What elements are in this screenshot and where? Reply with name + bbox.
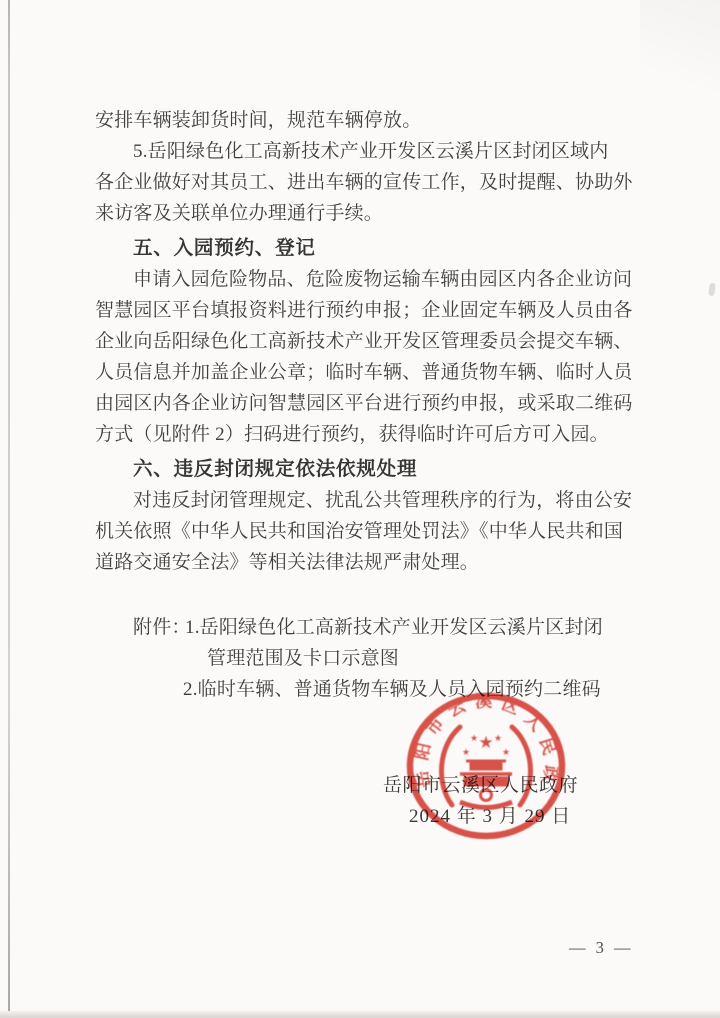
emblem-ribbon-icon	[460, 802, 512, 808]
body-line: 由园区内各企业访问智慧园区平台进行预约申报，或采取二维码	[95, 388, 640, 419]
body-line: 方式（见附件 2）扫码进行预约，获得临时许可后方可入园。	[95, 419, 640, 450]
scan-bottom-shadow	[0, 1011, 720, 1018]
emblem-small-star-icon: ★	[462, 748, 470, 758]
scan-corner-shade	[640, 0, 720, 140]
emblem-gear-icon	[481, 790, 492, 801]
body-line: 企业向岳阳绿色化工高新技术产业开发区管理委员会提交车辆、	[95, 326, 640, 357]
body-line: 对违反封闭管理规定、扰乱公共管理秩序的行为，将由公安	[95, 485, 640, 516]
attachment-label: 附件：	[133, 612, 185, 643]
section-heading-5: 五、入园预约、登记	[95, 233, 640, 264]
document-body: 安排车辆装卸货时间，规范车辆停放。 5.岳阳绿色化工高新技术产业开发区云溪片区封…	[95, 105, 640, 578]
body-line: 安排车辆装卸货时间，规范车辆停放。	[95, 105, 640, 136]
body-line: 申请入园危险物品、危险废物运输车辆由园区内各企业访问	[95, 264, 640, 295]
page-number: — 3 —	[569, 938, 634, 958]
attachment-item-1-continued: 管理范围及卡口示意图	[133, 643, 603, 674]
body-line: 各企业做好对其员工、进出车辆的宣传工作，及时提醒、协助外	[95, 167, 640, 198]
attachment-item-1: 1.岳阳绿色化工高新技术产业开发区云溪片区封闭	[185, 612, 603, 643]
section-heading-6: 六、违反封闭规定依法依规处理	[95, 454, 640, 485]
scanned-document-page: 安排车辆装卸货时间，规范车辆停放。 5.岳阳绿色化工高新技术产业开发区云溪片区封…	[0, 0, 720, 1018]
body-line: 智慧园区平台填报资料进行预约申报；企业固定车辆及人员由各	[95, 295, 640, 326]
official-seal: 岳阳市云溪区人民政府 ★ ★ ★ ★ ★	[396, 678, 576, 858]
body-line: 来访客及关联单位办理通行手续。	[95, 198, 640, 229]
national-emblem-icon: ★ ★ ★ ★ ★	[462, 733, 510, 758]
body-line: 机关依照《中华人民共和国治安管理处罚法》《中华人民共和国	[95, 516, 640, 547]
scan-edge-line	[8, 0, 10, 1011]
emblem-gate-icon	[460, 761, 512, 808]
emblem-big-star-icon: ★	[478, 733, 493, 753]
body-line: 人员信息并加盖企业公章；临时车辆、普通货物车辆、临时人员	[95, 357, 640, 388]
emblem-small-star-icon: ★	[502, 748, 510, 758]
scan-smudge	[708, 283, 716, 297]
body-line: 5.岳阳绿色化工高新技术产业开发区云溪片区封闭区域内	[95, 136, 640, 167]
emblem-small-star-icon: ★	[470, 734, 478, 744]
emblem-small-star-icon: ★	[494, 734, 502, 744]
body-line: 道路交通安全法》等相关法律法规严肃处理。	[95, 547, 640, 578]
